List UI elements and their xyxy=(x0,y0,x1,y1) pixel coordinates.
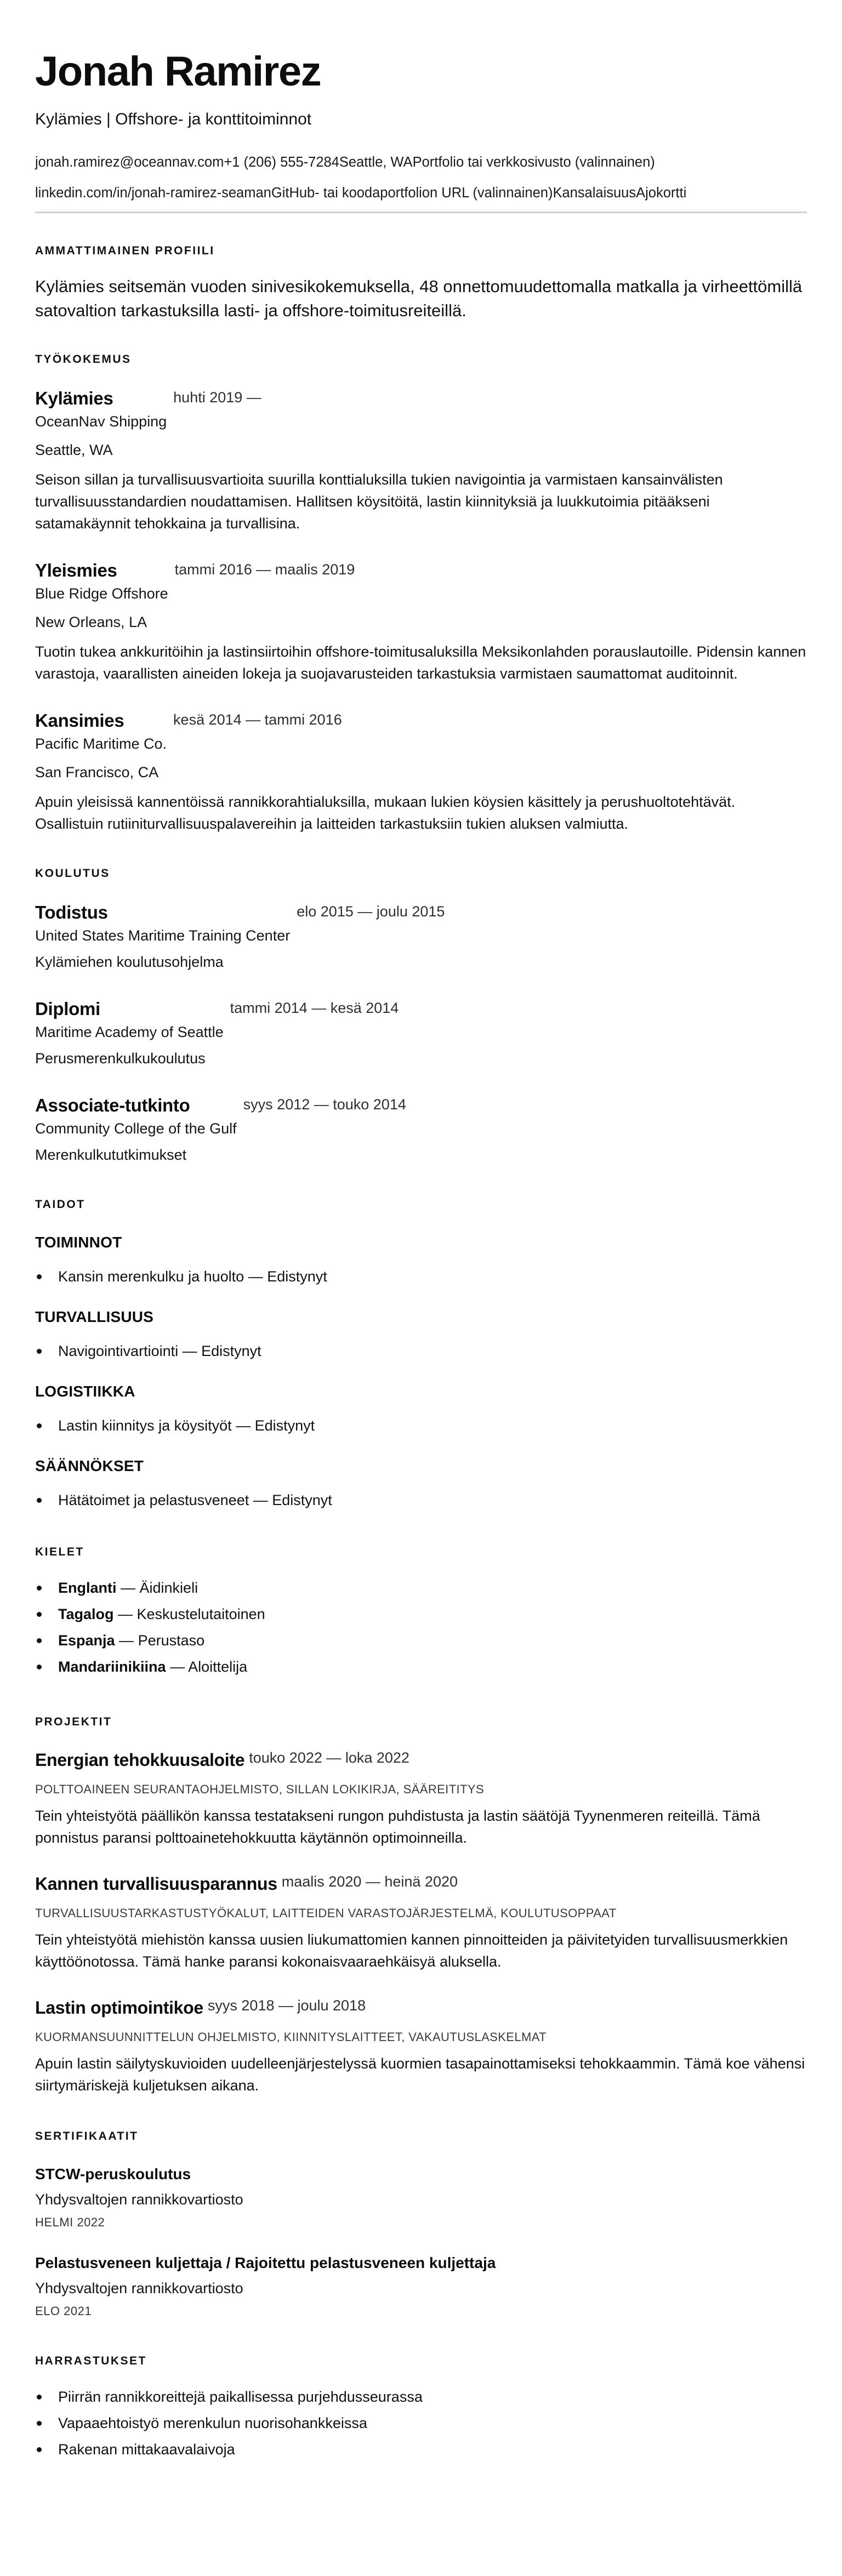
certification-name: STCW-peruskoulutus xyxy=(35,2163,807,2185)
entry-header: DiplomiMaritime Academy of SeattlePerusm… xyxy=(35,997,807,1069)
language-level: Äidinkieli xyxy=(140,1580,198,1596)
skills-section: TAIDOT TOIMINNOTKansin merenkulku ja huo… xyxy=(35,1196,807,1513)
company-name: Blue Ridge Offshore xyxy=(35,583,168,605)
experience-entry: KylämiesOceanNav Shippinghuhti 2019 —Sea… xyxy=(35,386,807,534)
contact-drivers-license: Ajokortti xyxy=(636,182,686,204)
entry-left-column: Associate-tutkintoCommunity College of t… xyxy=(35,1093,237,1166)
contact-line-1: jonah.ramirez@oceannav.com+1 (206) 555-7… xyxy=(35,147,807,178)
contact-email[interactable]: jonah.ramirez@oceannav.com xyxy=(35,151,224,173)
certification-date: HELMI 2022 xyxy=(35,2214,807,2231)
field-of-study: Kylämiehen koulutusohjelma xyxy=(35,951,290,973)
interest-item: Vapaaehtoistyö merenkulun nuorisohankkei… xyxy=(35,2410,807,2436)
profile-heading: AMMATTIMAINEN PROFIILI xyxy=(35,243,807,259)
contact-phone[interactable]: +1 (206) 555-7284 xyxy=(224,151,339,173)
certification-entry: Pelastusveneen kuljettaja / Rajoitettu p… xyxy=(35,2252,807,2320)
certification-issuer: Yhdysvaltojen rannikkovartiosto xyxy=(35,2277,807,2299)
interests-section: HARRASTUKSET Piirrän rannikkoreittejä pa… xyxy=(35,2353,807,2463)
project-technologies: KUORMANSUUNNITTELUN OHJELMISTO, KIINNITY… xyxy=(35,2028,807,2046)
company-name: OceanNav Shipping xyxy=(35,411,167,432)
education-entry: Associate-tutkintoCommunity College of t… xyxy=(35,1093,807,1166)
language-separator: — xyxy=(117,1580,140,1596)
project-header: Kannen turvallisuusparannusmaalis 2020 —… xyxy=(35,1872,807,1896)
language-item: Espanja — Perustaso xyxy=(35,1627,807,1654)
contact-line-2: linkedin.com/in/jonah-ramirez-seamanGitH… xyxy=(35,178,807,208)
job-dates: huhti 2019 — xyxy=(173,386,261,408)
skill-items: Hätätoimet ja pelastusveneet — Edistynyt xyxy=(35,1487,807,1513)
job-location: Seattle, WA xyxy=(35,439,807,461)
degree-title: Diplomi xyxy=(35,997,224,1021)
language-separator: — xyxy=(115,1632,138,1649)
skill-item: Navigointivartiointi — Edistynyt xyxy=(35,1338,807,1364)
language-name: Tagalog xyxy=(58,1606,114,1622)
job-location: San Francisco, CA xyxy=(35,761,807,783)
institution-name: Community College of the Gulf xyxy=(35,1118,237,1139)
entry-left-column: KansimiesPacific Maritime Co. xyxy=(35,709,167,755)
candidate-headline: Kylämies | Offshore- ja konttitoiminnot xyxy=(35,109,807,130)
skill-group: TURVALLISUUSNavigointivartiointi — Edist… xyxy=(35,1306,807,1364)
job-dates: kesä 2014 — tammi 2016 xyxy=(173,709,342,731)
projects-list: Energian tehokkuusaloitetouko 2022 — lok… xyxy=(35,1748,807,2096)
interests-heading: HARRASTUKSET xyxy=(35,2353,807,2369)
project-dates: maalis 2020 — heinä 2020 xyxy=(282,1871,458,1893)
job-description: Seison sillan ja turvallisuusvartioita s… xyxy=(35,469,807,534)
profile-section: AMMATTIMAINEN PROFIILI Kylämies seitsemä… xyxy=(35,243,807,323)
entry-header: KansimiesPacific Maritime Co.kesä 2014 —… xyxy=(35,709,807,755)
skill-group: TOIMINNOTKansin merenkulku ja huolto — E… xyxy=(35,1232,807,1290)
education-list: TodistusUnited States Maritime Training … xyxy=(35,901,807,1166)
projects-section: PROJEKTIT Energian tehokkuusaloitetouko … xyxy=(35,1714,807,2096)
certifications-section: SERTIFIKAATIT STCW-peruskoulutusYhdysval… xyxy=(35,2128,807,2320)
entry-left-column: TodistusUnited States Maritime Training … xyxy=(35,901,290,973)
language-separator: — xyxy=(114,1606,137,1622)
profile-summary: Kylämies seitsemän vuoden sinivesikokemu… xyxy=(35,275,807,323)
job-title: Yleismies xyxy=(35,558,168,583)
contact-block: jonah.ramirez@oceannav.com+1 (206) 555-7… xyxy=(35,147,807,213)
skills-list: TOIMINNOTKansin merenkulku ja huolto — E… xyxy=(35,1232,807,1513)
project-dates: touko 2022 — loka 2022 xyxy=(249,1747,409,1769)
certifications-list: STCW-peruskoulutusYhdysvaltojen rannikko… xyxy=(35,2163,807,2320)
experience-section: TYÖKOKEMUS KylämiesOceanNav Shippinghuht… xyxy=(35,351,807,835)
project-entry: Kannen turvallisuusparannusmaalis 2020 —… xyxy=(35,1872,807,1973)
skill-items: Navigointivartiointi — Edistynyt xyxy=(35,1338,807,1364)
education-section: KOULUTUS TodistusUnited States Maritime … xyxy=(35,865,807,1166)
entry-left-column: KylämiesOceanNav Shipping xyxy=(35,386,167,432)
language-item: Tagalog — Keskustelutaitoinen xyxy=(35,1601,807,1627)
field-of-study: Perusmerenkulkukoulutus xyxy=(35,1047,224,1069)
experience-entry: KansimiesPacific Maritime Co.kesä 2014 —… xyxy=(35,709,807,835)
project-description: Tein yhteistyötä päällikön kanssa testat… xyxy=(35,1805,807,1849)
language-name: Mandariinikiina xyxy=(58,1659,166,1675)
languages-section: KIELET Englanti — ÄidinkieliTagalog — Ke… xyxy=(35,1544,807,1680)
company-name: Pacific Maritime Co. xyxy=(35,733,167,755)
entry-header: KylämiesOceanNav Shippinghuhti 2019 — xyxy=(35,386,807,432)
institution-name: United States Maritime Training Center xyxy=(35,925,290,947)
certifications-heading: SERTIFIKAATIT xyxy=(35,2128,807,2145)
education-entry: DiplomiMaritime Academy of SeattlePerusm… xyxy=(35,997,807,1069)
skill-group: SÄÄNNÖKSETHätätoimet ja pelastusveneet —… xyxy=(35,1455,807,1513)
skill-category: TURVALLISUUS xyxy=(35,1306,807,1328)
certification-entry: STCW-peruskoulutusYhdysvaltojen rannikko… xyxy=(35,2163,807,2231)
skill-category: SÄÄNNÖKSET xyxy=(35,1455,807,1477)
job-dates: tammi 2016 — maalis 2019 xyxy=(175,558,355,580)
institution-name: Maritime Academy of Seattle xyxy=(35,1021,224,1043)
skill-item: Kansin merenkulku ja huolto — Edistynyt xyxy=(35,1263,807,1290)
resume-page: Jonah Ramirez Kylämies | Offshore- ja ko… xyxy=(0,0,842,2495)
language-level: Aloittelija xyxy=(188,1659,247,1675)
job-description: Tuotin tukea ankkuritöihin ja lastinsiir… xyxy=(35,641,807,685)
language-separator: — xyxy=(166,1659,189,1675)
project-entry: Energian tehokkuusaloitetouko 2022 — lok… xyxy=(35,1748,807,1849)
job-title: Kylämies xyxy=(35,386,167,411)
skill-item: Lastin kiinnitys ja köysityöt — Edistyny… xyxy=(35,1412,807,1439)
project-technologies: TURVALLISUUSTARKASTUSTYÖKALUT, LAITTEIDE… xyxy=(35,1905,807,1922)
languages-heading: KIELET xyxy=(35,1544,807,1560)
contact-portfolio[interactable]: Portfolio tai verkkosivusto (valinnainen… xyxy=(413,151,655,173)
contact-github[interactable]: GitHub- tai koodaportfolion URL (valinna… xyxy=(271,182,553,204)
education-dates: tammi 2014 — kesä 2014 xyxy=(230,997,399,1019)
certification-date: ELO 2021 xyxy=(35,2303,807,2320)
project-technologies: POLTTOAINEEN SEURANTAOHJELMISTO, SILLAN … xyxy=(35,1781,807,1798)
language-name: Englanti xyxy=(58,1580,117,1596)
job-description: Apuin yleisissä kannentöissä rannikkorah… xyxy=(35,791,807,835)
project-name: Energian tehokkuusaloite xyxy=(35,1748,244,1772)
entry-header: YleismiesBlue Ridge Offshoretammi 2016 —… xyxy=(35,558,807,605)
entry-header: Associate-tutkintoCommunity College of t… xyxy=(35,1093,807,1166)
languages-list: Englanti — ÄidinkieliTagalog — Keskustel… xyxy=(35,1575,807,1680)
project-description: Tein yhteistyötä miehistön kanssa uusien… xyxy=(35,1929,807,1973)
skill-items: Kansin merenkulku ja huolto — Edistynyt xyxy=(35,1263,807,1290)
interest-item: Rakenan mittakaavalaivoja xyxy=(35,2436,807,2463)
skill-item: Hätätoimet ja pelastusveneet — Edistynyt xyxy=(35,1487,807,1513)
job-location: New Orleans, LA xyxy=(35,611,807,633)
project-name: Lastin optimointikoe xyxy=(35,1996,203,2020)
project-dates: syys 2018 — joulu 2018 xyxy=(208,1994,366,2016)
certification-name: Pelastusveneen kuljettaja / Rajoitettu p… xyxy=(35,2252,807,2274)
language-level: Keskustelutaitoinen xyxy=(137,1606,265,1622)
education-dates: syys 2012 — touko 2014 xyxy=(243,1093,406,1115)
project-header: Lastin optimointikoesyys 2018 — joulu 20… xyxy=(35,1996,807,2020)
projects-heading: PROJEKTIT xyxy=(35,1714,807,1730)
entry-header: TodistusUnited States Maritime Training … xyxy=(35,901,807,973)
skills-heading: TAIDOT xyxy=(35,1196,807,1213)
certification-issuer: Yhdysvaltojen rannikkovartiosto xyxy=(35,2189,807,2210)
contact-citizenship: Kansalaisuus xyxy=(553,182,636,204)
skill-group: LOGISTIIKKALastin kiinnitys ja köysityöt… xyxy=(35,1381,807,1439)
entry-left-column: DiplomiMaritime Academy of SeattlePerusm… xyxy=(35,997,224,1069)
degree-title: Todistus xyxy=(35,901,290,925)
project-header: Energian tehokkuusaloitetouko 2022 — lok… xyxy=(35,1748,807,1772)
project-entry: Lastin optimointikoesyys 2018 — joulu 20… xyxy=(35,1996,807,2096)
field-of-study: Merenkulkututkimukset xyxy=(35,1144,237,1166)
contact-location: Seattle, WA xyxy=(339,151,413,173)
entry-left-column: YleismiesBlue Ridge Offshore xyxy=(35,558,168,605)
language-level: Perustaso xyxy=(138,1632,205,1649)
resume-header: Jonah Ramirez Kylämies | Offshore- ja ko… xyxy=(35,47,807,213)
skill-category: TOIMINNOT xyxy=(35,1232,807,1253)
project-description: Apuin lastin säilytyskuvioiden uudelleen… xyxy=(35,2053,807,2096)
job-title: Kansimies xyxy=(35,709,167,733)
project-name: Kannen turvallisuusparannus xyxy=(35,1872,277,1896)
experience-list: KylämiesOceanNav Shippinghuhti 2019 —Sea… xyxy=(35,386,807,835)
language-item: Englanti — Äidinkieli xyxy=(35,1575,807,1601)
education-dates: elo 2015 — joulu 2015 xyxy=(297,901,445,922)
interests-list: Piirrän rannikkoreittejä paikallisessa p… xyxy=(35,2384,807,2463)
skill-items: Lastin kiinnitys ja köysityöt — Edistyny… xyxy=(35,1412,807,1439)
skill-category: LOGISTIIKKA xyxy=(35,1381,807,1403)
education-heading: KOULUTUS xyxy=(35,865,807,882)
language-item: Mandariinikiina — Aloittelija xyxy=(35,1654,807,1680)
experience-heading: TYÖKOKEMUS xyxy=(35,351,807,368)
language-name: Espanja xyxy=(58,1632,115,1649)
education-entry: TodistusUnited States Maritime Training … xyxy=(35,901,807,973)
experience-entry: YleismiesBlue Ridge Offshoretammi 2016 —… xyxy=(35,558,807,685)
contact-linkedin[interactable]: linkedin.com/in/jonah-ramirez-seaman xyxy=(35,182,271,204)
candidate-name: Jonah Ramirez xyxy=(35,47,807,96)
degree-title: Associate-tutkinto xyxy=(35,1093,237,1118)
interest-item: Piirrän rannikkoreittejä paikallisessa p… xyxy=(35,2384,807,2410)
